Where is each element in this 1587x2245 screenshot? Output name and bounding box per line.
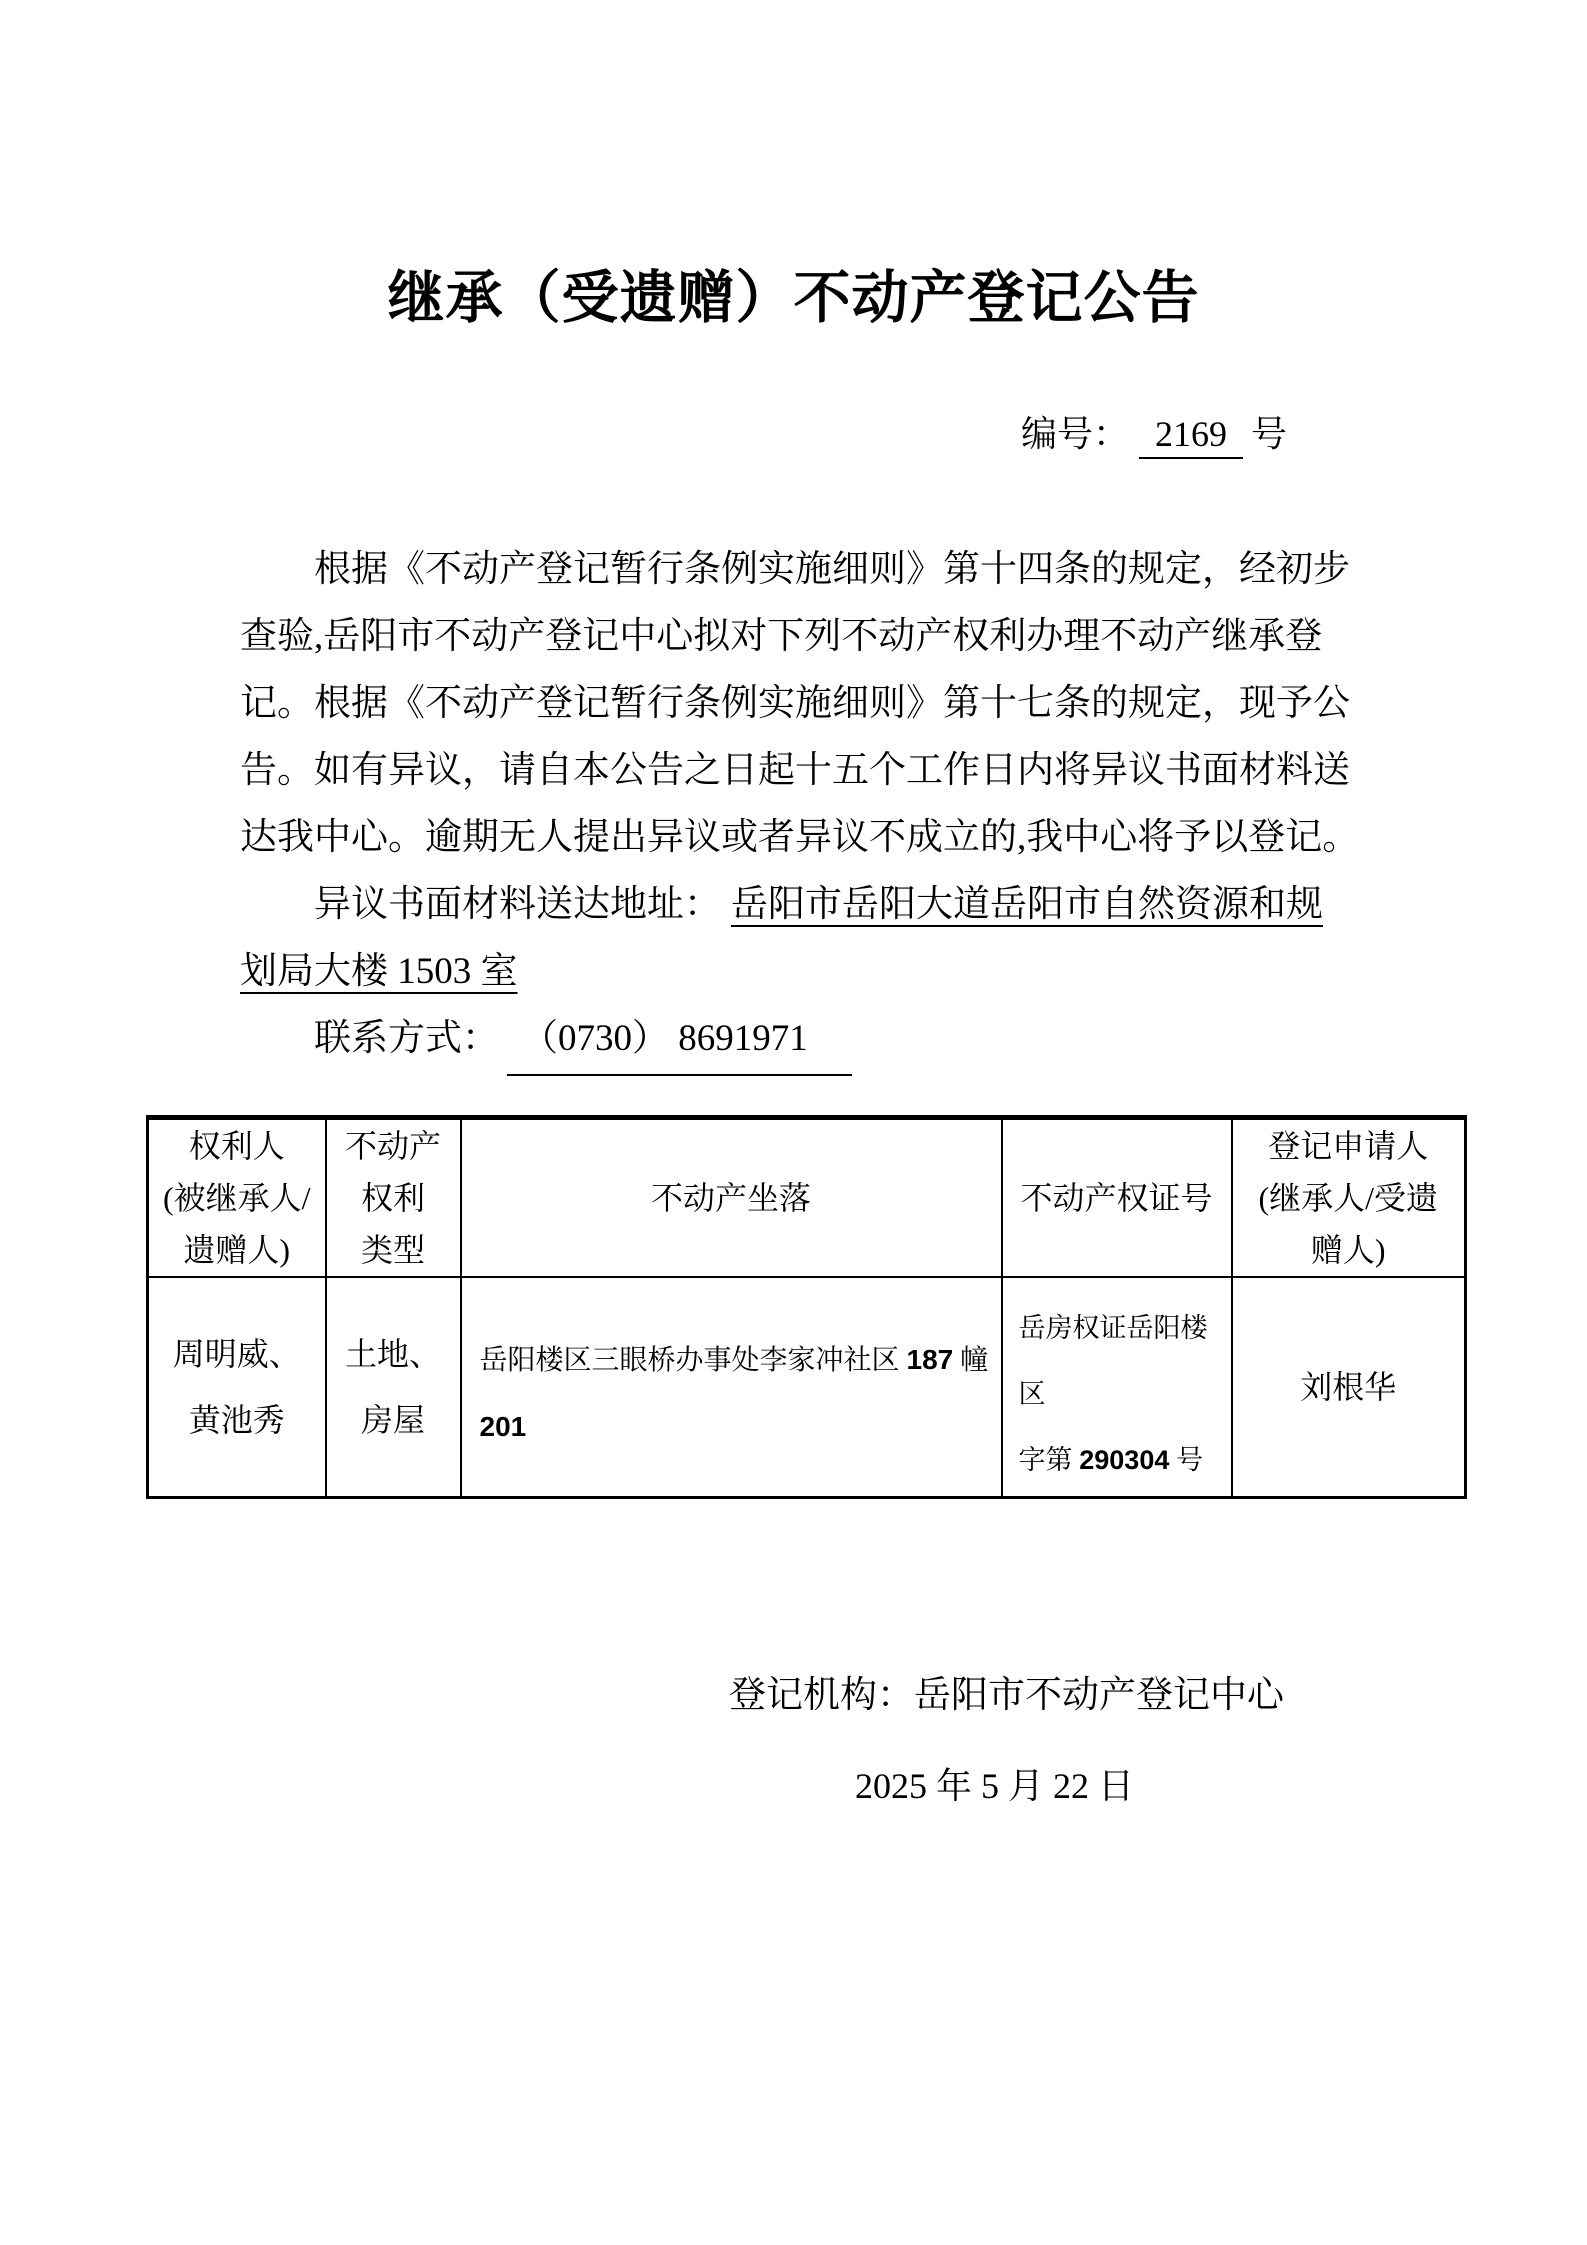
cell-right-type: 土地、 房屋	[326, 1277, 461, 1498]
header-right-type: 不动产 权利 类型	[326, 1118, 461, 1278]
cell-location: 岳阳楼区三眼桥办事处李家冲社区 187 幢 201	[461, 1277, 1002, 1498]
cert-suffix: 号	[1169, 1445, 1203, 1475]
header-cert-no: 不动产权证号	[1002, 1118, 1232, 1278]
location-suffix: 幢	[953, 1345, 988, 1376]
contact-line: 联系方式：（0730） 8691971	[240, 1005, 1380, 1076]
header-owner: 权利人 (被继承人/ 遗赠人)	[148, 1118, 326, 1278]
table-row: 周明威、 黄池秀 土地、 房屋 岳阳楼区三眼桥办事处李家冲社区 187 幢 20…	[148, 1277, 1466, 1498]
contact-label: 联系方式：	[314, 1018, 499, 1059]
body-text: 根据《不动产登记暂行条例实施细则》第十四条的规定，经初步 查验,岳阳市不动产登记…	[240, 536, 1380, 1076]
body-line: 达我中心。逾期无人提出异议或者异议不成立的,我中心将予以登记。	[240, 804, 1380, 871]
body-line: 记。根据《不动产登记暂行条例实施细则》第十七条的规定，现予公	[240, 670, 1380, 737]
header-applicant: 登记申请人 (继承人/受遗 赠人)	[1232, 1118, 1466, 1278]
contact-value: （0730） 8691971	[507, 1005, 852, 1076]
doc-number-label: 编号：	[1021, 414, 1129, 454]
cert-line-2: 字第 290304 号	[1019, 1427, 1223, 1493]
registration-table: 权利人 (被继承人/ 遗赠人) 不动产 权利 类型 不动产坐落 不动产权证号 登…	[146, 1115, 1467, 1499]
table-header-row: 权利人 (被继承人/ 遗赠人) 不动产 权利 类型 不动产坐落 不动产权证号 登…	[148, 1118, 1466, 1278]
cert-line-1: 岳房权证岳阳楼区	[1019, 1295, 1223, 1427]
address-label: 异议书面材料送达地址：	[314, 884, 721, 925]
cell-cert-no: 岳房权证岳阳楼区 字第 290304 号	[1002, 1277, 1232, 1498]
body-line: 根据《不动产登记暂行条例实施细则》第十四条的规定，经初步	[240, 536, 1380, 603]
body-line: 查验,岳阳市不动产登记中心拟对下列不动产权利办理不动产继承登	[240, 603, 1380, 670]
location-line-1: 岳阳楼区三眼桥办事处李家冲社区 187 幢	[480, 1327, 991, 1394]
page-title: 继承（受遗赠）不动产登记公告	[0, 252, 1587, 334]
location-text: 岳阳楼区三眼桥办事处李家冲社区	[480, 1345, 907, 1376]
location-line-2: 201	[480, 1394, 991, 1461]
doc-number-suffix: 号	[1251, 414, 1287, 454]
location-unit-number: 201	[480, 1411, 527, 1442]
document-date: 2025 年 5 月 22 日	[855, 1758, 1134, 1809]
doc-number-value: 2169	[1139, 413, 1243, 459]
header-location: 不动产坐落	[461, 1118, 1002, 1278]
registration-agency: 登记机构：岳阳市不动产登记中心	[729, 1664, 1284, 1718]
location-building-number: 187	[907, 1344, 954, 1375]
cell-applicant: 刘根华	[1232, 1277, 1466, 1498]
cell-owner: 周明威、 黄池秀	[148, 1277, 326, 1498]
address-value-part2: 划局大楼 1503 室	[240, 951, 518, 992]
doc-number-line: 编号：2169号	[1021, 406, 1287, 459]
address-line-2: 划局大楼 1503 室	[240, 938, 1380, 1005]
body-line: 告。如有异议，请自本公告之日起十五个工作日内将异议书面材料送	[240, 737, 1380, 804]
cert-text: 岳房权证岳阳楼区	[1019, 1313, 1208, 1409]
cert-number: 290304	[1079, 1445, 1169, 1475]
address-value-part1: 岳阳市岳阳大道岳阳市自然资源和规	[731, 884, 1323, 925]
cert-prefix: 字第	[1019, 1445, 1080, 1475]
document-page: 继承（受遗赠）不动产登记公告 编号：2169号 根据《不动产登记暂行条例实施细则…	[0, 0, 1587, 2245]
address-line-1: 异议书面材料送达地址：岳阳市岳阳大道岳阳市自然资源和规	[240, 871, 1380, 938]
